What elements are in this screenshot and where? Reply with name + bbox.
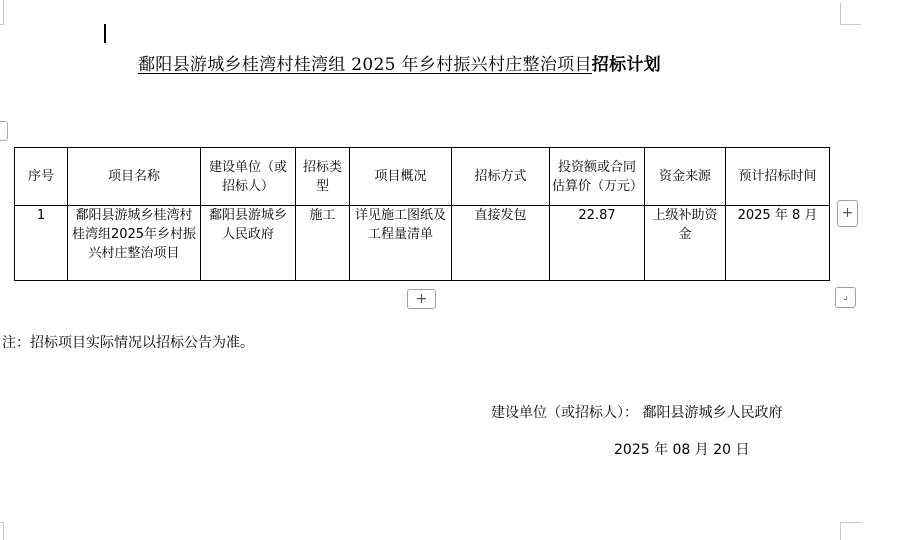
cell-bid-type[interactable]: 施工 bbox=[296, 206, 350, 281]
header-cell-planned-time: 预计招标时间 bbox=[726, 148, 830, 206]
text-cursor bbox=[104, 24, 106, 43]
title-suffix: 招标计划 bbox=[592, 55, 661, 75]
cell-bid-method[interactable]: 直接发包 bbox=[452, 206, 550, 281]
title-project-name: 鄱阳县游城乡桂湾村桂湾组 2025 年乡村振兴村庄整治项目 bbox=[138, 55, 592, 75]
cell-investment[interactable]: 22.87 bbox=[550, 206, 645, 281]
header-cell-bid-method: 招标方式 bbox=[452, 148, 550, 206]
page-corner-mark-bottom-left bbox=[0, 522, 4, 540]
cell-funding-source[interactable]: 上级补助资金 bbox=[645, 206, 726, 281]
cell-overview[interactable]: 详见施工图纸及工程量清单 bbox=[350, 206, 452, 281]
add-row-button[interactable]: + bbox=[407, 289, 436, 309]
table-header-row: 序号 项目名称 建设单位（或招标人） 招标类型 项目概况 招标方式 投资额或合同… bbox=[15, 148, 830, 206]
table-resize-icon[interactable]: ⌟ bbox=[835, 287, 856, 308]
page-corner-mark-top-right bbox=[840, 3, 861, 25]
header-cell-overview: 项目概况 bbox=[350, 148, 452, 206]
page-corner-mark-top-left bbox=[0, 0, 4, 25]
header-cell-project-name: 项目名称 bbox=[68, 148, 201, 206]
cell-project-name[interactable]: 鄱阳县游城乡桂湾村桂湾组2025年乡村振兴村庄整治项目 bbox=[68, 206, 201, 281]
cell-index[interactable]: 1 bbox=[15, 206, 68, 281]
page-corner-mark-bottom-right bbox=[840, 522, 861, 540]
bidding-plan-table: 序号 项目名称 建设单位（或招标人） 招标类型 项目概况 招标方式 投资额或合同… bbox=[14, 147, 830, 281]
table-move-handle-icon[interactable] bbox=[0, 121, 8, 141]
signature-date: 2025 年 08 月 20 日 bbox=[614, 439, 750, 459]
add-column-button[interactable]: + bbox=[837, 200, 858, 227]
table-row: 1 鄱阳县游城乡桂湾村桂湾组2025年乡村振兴村庄整治项目 鄱阳县游城乡人民政府… bbox=[15, 206, 830, 281]
header-cell-bid-type: 招标类型 bbox=[296, 148, 350, 206]
header-cell-funding-source: 资金来源 bbox=[645, 148, 726, 206]
document-title: 鄱阳县游城乡桂湾村桂湾组 2025 年乡村振兴村庄整治项目招标计划 bbox=[138, 50, 661, 75]
header-cell-index: 序号 bbox=[15, 148, 68, 206]
header-cell-investment: 投资额或合同估算价（万元） bbox=[550, 148, 645, 206]
cell-planned-time[interactable]: 2025 年 8 月 bbox=[726, 206, 830, 281]
header-cell-builder: 建设单位（或招标人） bbox=[201, 148, 296, 206]
signature-unit: 建设单位（或招标人）： 鄱阳县游城乡人民政府 bbox=[491, 402, 782, 422]
cell-builder[interactable]: 鄱阳县游城乡人民政府 bbox=[201, 206, 296, 281]
footnote: 注：招标项目实际情况以招标公告为准。 bbox=[2, 332, 254, 352]
